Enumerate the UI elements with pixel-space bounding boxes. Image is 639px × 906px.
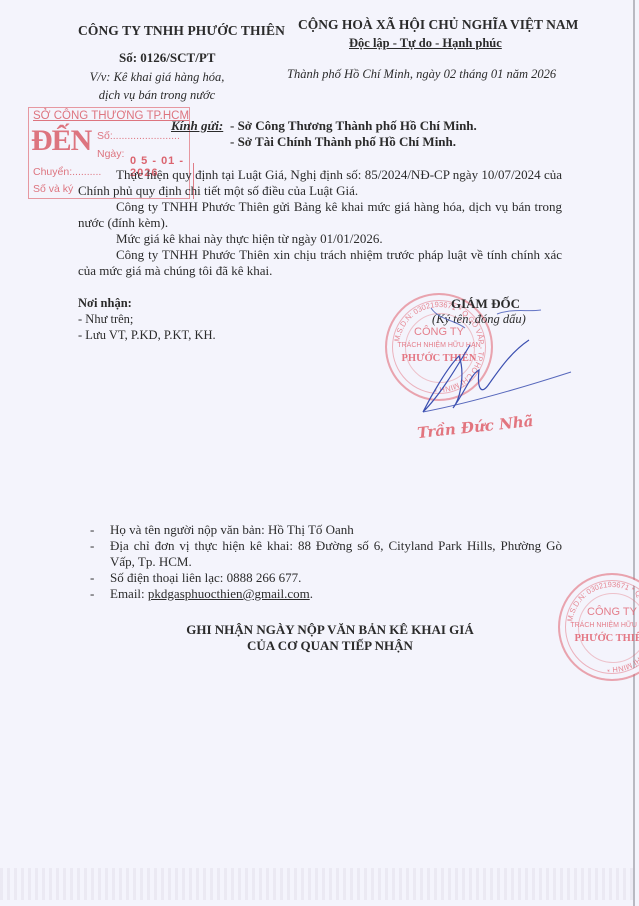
addressee-label: Kính gửi:	[171, 118, 223, 134]
place-date: Thành phố Hồ Chí Minh, ngày 02 tháng 01 …	[287, 67, 556, 82]
document-body: Thực hiện quy định tại Luật Giá, Nghị đị…	[78, 167, 562, 279]
submitter-name: Họ và tên người nộp văn bản: Hồ Thị Tố O…	[110, 522, 562, 538]
scan-noise	[0, 868, 633, 900]
national-motto: Độc lập - Tự do - Hạnh phúc	[349, 36, 502, 51]
recipients-block: Nơi nhận: - Như trên; - Lưu VT, P.KD, P.…	[78, 295, 216, 343]
recipients-title: Nơi nhận:	[78, 295, 216, 311]
document-subject: V/v: Kê khai giá hàng hóa, dịch vụ bán t…	[72, 68, 242, 104]
submitter-row: - Họ và tên người nộp văn bản: Hồ Thị Tố…	[90, 522, 562, 538]
company-name: CÔNG TY TNHH PHƯỚC THIÊN	[78, 23, 285, 39]
company-seal-partial: M.S.D.N: 0302193671 * Q.GÒ VẤP - TP.HỒ C…	[558, 573, 639, 681]
stamp-org: SỞ CÔNG THƯƠNG TP.HCM	[33, 110, 189, 122]
body-paragraph: Mức giá kê khai này thực hiện từ ngày 01…	[78, 231, 562, 247]
document-number: Số: 0126/SCT/PT	[119, 50, 215, 66]
submitter-row: - Địa chỉ đơn vị thực hiện kê khai: 88 Đ…	[90, 538, 562, 570]
handwritten-signature-icon	[395, 300, 575, 430]
stamp-soky-label: Số và ký	[33, 183, 73, 195]
body-paragraph: Thực hiện quy định tại Luật Giá, Nghị đị…	[78, 167, 562, 199]
submitter-address: Địa chỉ đơn vị thực hiện kê khai: 88 Đườ…	[110, 538, 562, 570]
recipients-item: - Như trên;	[78, 311, 216, 327]
seal-line-3: PHƯỚC THIÊN	[560, 633, 639, 644]
seal-line-2: TRÁCH NHIỆM HỮU HẠN	[560, 622, 639, 629]
stamp-ngay-label: Ngày:	[97, 148, 124, 160]
addressee-item: - Sở Tài Chính Thành phố Hồ Chí Minh.	[230, 134, 477, 150]
submitter-row: - Số điện thoại liên lạc: 0888 266 677.	[90, 570, 562, 586]
seal-line-1: CÔNG TY	[560, 606, 639, 618]
addressee-item: - Sở Công Thương Thành phố Hồ Chí Minh.	[230, 118, 477, 134]
submitter-row: - Email: pkdgasphuocthien@gmail.com.	[90, 586, 562, 602]
subject-line-1: V/v: Kê khai giá hàng hóa,	[72, 68, 242, 86]
email-link[interactable]: pkdgasphuocthien@gmail.com	[148, 586, 310, 601]
subject-line-2: dịch vụ bán trong nước	[72, 86, 242, 104]
national-title: CỘNG HOÀ XÃ HỘI CHỦ NGHĨA VIỆT NAM	[298, 17, 578, 33]
submitter-info: - Họ và tên người nộp văn bản: Hồ Thị Tố…	[90, 522, 562, 602]
body-paragraph: Công ty TNHH Phước Thiên xin chịu trách …	[78, 247, 562, 279]
stamp-den: ĐẾN	[31, 124, 91, 158]
addressee-list: - Sở Công Thương Thành phố Hồ Chí Minh. …	[230, 118, 477, 150]
recipients-item: - Lưu VT, P.KD, P.KT, KH.	[78, 327, 216, 343]
acknowledgement-heading: GHI NHẬN NGÀY NỘP VĂN BẢN KÊ KHAI GIÁ CỦ…	[150, 622, 510, 654]
page-edge	[633, 0, 635, 906]
body-paragraph: Công ty TNHH Phước Thiên gửi Bảng kê kha…	[78, 199, 562, 231]
submitter-phone: Số điện thoại liên lạc: 0888 266 677.	[110, 570, 562, 586]
stamp-so-label: Số:.......................	[97, 130, 180, 142]
submitter-email-line: Email: pkdgasphuocthien@gmail.com.	[110, 586, 562, 602]
